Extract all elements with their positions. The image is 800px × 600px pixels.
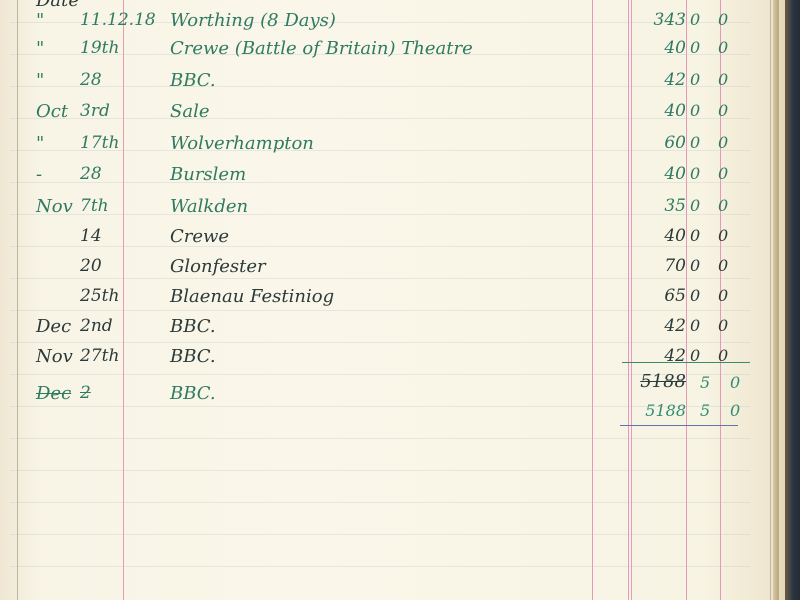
entry-description: Worthing (8 Days): [170, 12, 336, 30]
entry-day: 28: [80, 72, 102, 89]
entry-shillings: 0: [690, 12, 700, 28]
entry-description: Burslem: [170, 166, 246, 184]
shillings-rule: [686, 0, 687, 600]
total-overwritten-shillings: 5: [700, 375, 710, 391]
entry-description: BBC.: [170, 318, 216, 336]
entry-day: 20: [80, 258, 102, 275]
entry-month: Dec: [36, 318, 71, 336]
entry-description: Walkden: [170, 198, 248, 216]
entry-day: 28: [80, 166, 102, 183]
entry-pence: 0: [718, 318, 728, 334]
entry-shillings: 0: [690, 103, 700, 119]
entry-pounds: 60: [628, 135, 686, 152]
entry-pence: 0: [718, 288, 728, 304]
ledger-page: Date "11.12.18Worthing (8 Days)34300"19t…: [0, 0, 785, 600]
entry-day: 3rd: [80, 103, 110, 120]
total-shillings: 5: [700, 403, 710, 419]
entry-description: Glonfester: [170, 258, 266, 276]
ruled-line: [10, 278, 750, 279]
total-rule: [622, 362, 750, 363]
entry-description: Sale: [170, 103, 209, 121]
entry-description: Blaenau Festiniog: [170, 288, 334, 306]
entry-day: 19th: [80, 40, 119, 57]
header-fragment: Date: [36, 0, 79, 10]
ruled-line: [10, 566, 750, 567]
entry-month: Dec: [36, 385, 71, 403]
entry-day: 2: [80, 385, 91, 402]
ruled-line: [10, 342, 750, 343]
entry-pence: 0: [718, 103, 728, 119]
entry-shillings: 0: [690, 72, 700, 88]
total-pence: 0: [730, 403, 740, 419]
entry-shillings: 0: [690, 198, 700, 214]
entry-shillings: 0: [690, 228, 700, 244]
entry-pounds: 70: [628, 258, 686, 275]
entry-shillings: 0: [690, 40, 700, 56]
entry-description: Crewe (Battle of Britain) Theatre: [170, 40, 473, 58]
ruled-line: [10, 246, 750, 247]
entry-pence: 0: [718, 258, 728, 274]
entry-month: ": [36, 12, 44, 30]
date-margin-rule: [123, 0, 124, 600]
entry-pounds: 40: [628, 228, 686, 245]
entry-shillings: 0: [690, 258, 700, 274]
entry-day: 2nd: [80, 318, 113, 335]
entry-pounds: 42: [628, 72, 686, 89]
entry-month: ": [36, 40, 44, 58]
total-overwritten-pence: 0: [730, 375, 740, 391]
left-margin-rule: [17, 0, 18, 600]
book-binding: [785, 0, 800, 600]
entry-month: ": [36, 72, 44, 90]
entry-pence: 0: [718, 72, 728, 88]
entry-pounds: 65: [628, 288, 686, 305]
right-margin-rule: [770, 0, 771, 600]
ruled-line: [10, 310, 750, 311]
entry-pounds: 35: [628, 198, 686, 215]
page-edge: [773, 0, 779, 600]
entry-description: BBC.: [170, 385, 216, 403]
entry-day: 27th: [80, 348, 119, 365]
final-total-rule: [620, 425, 738, 426]
entry-month: ": [36, 135, 44, 153]
entry-pence: 0: [718, 166, 728, 182]
ruled-line: [10, 534, 750, 535]
entry-pounds: 40: [628, 103, 686, 120]
entry-shillings: 0: [690, 166, 700, 182]
entry-pounds: 40: [628, 40, 686, 57]
entry-pounds: 343: [628, 12, 686, 29]
entry-day: 7th: [80, 198, 109, 215]
ruled-line: [10, 502, 750, 503]
entry-pounds: 42: [628, 318, 686, 335]
entry-pence: 0: [718, 12, 728, 28]
entry-shillings: 0: [690, 318, 700, 334]
entry-month: Oct: [36, 103, 68, 121]
entry-day: 25th: [80, 288, 119, 305]
entry-day: 11.12.18: [80, 12, 156, 29]
entry-month: Nov: [36, 198, 73, 216]
entry-pence: 0: [718, 40, 728, 56]
ruled-line: [10, 470, 750, 471]
entry-month: -: [36, 166, 42, 184]
entry-pence: 0: [718, 198, 728, 214]
total-pounds: 5188: [628, 403, 686, 419]
entry-pence: 0: [718, 228, 728, 244]
amount-margin-rule: [592, 0, 593, 600]
entry-description: Wolverhampton: [170, 135, 314, 153]
entry-description: BBC.: [170, 72, 216, 90]
entry-shillings: 0: [690, 288, 700, 304]
entry-day: 17th: [80, 135, 119, 152]
entry-month: Nov: [36, 348, 73, 366]
entry-shillings: 0: [690, 135, 700, 151]
entry-pence: 0: [718, 135, 728, 151]
entry-description: Crewe: [170, 228, 229, 246]
ruled-line: [10, 438, 750, 439]
entry-day: 14: [80, 228, 102, 245]
entry-pounds: 40: [628, 166, 686, 183]
entry-description: BBC.: [170, 348, 216, 366]
total-overwritten-pounds: 5188: [628, 373, 686, 391]
